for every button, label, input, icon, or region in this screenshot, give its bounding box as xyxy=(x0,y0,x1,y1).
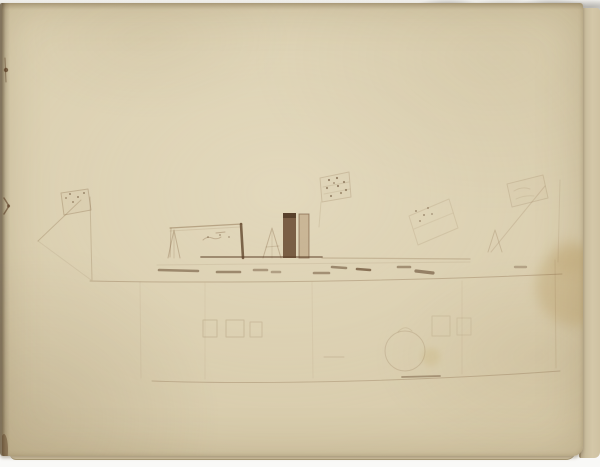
hull xyxy=(140,180,560,379)
bow-flag xyxy=(61,189,91,215)
banner xyxy=(409,199,458,245)
deck-band xyxy=(90,257,562,282)
binding-gutter-shadow xyxy=(2,3,10,456)
dark-mast-post xyxy=(241,224,243,258)
hull-bottom xyxy=(152,371,560,383)
deckhouse xyxy=(170,224,242,257)
masthead-flag xyxy=(319,172,351,227)
funnel-dark xyxy=(283,213,296,258)
paddle-wheel xyxy=(385,328,425,371)
fore-aframe-mast xyxy=(168,230,180,258)
funnel-light xyxy=(299,214,309,258)
steamboat-sketch xyxy=(2,3,583,456)
mid-aframe-mast xyxy=(263,228,281,258)
sketchbook-page xyxy=(0,3,583,456)
stains xyxy=(422,238,583,366)
stern-flag xyxy=(488,175,548,252)
photo-frame xyxy=(0,0,600,467)
bow-lines xyxy=(38,197,92,280)
